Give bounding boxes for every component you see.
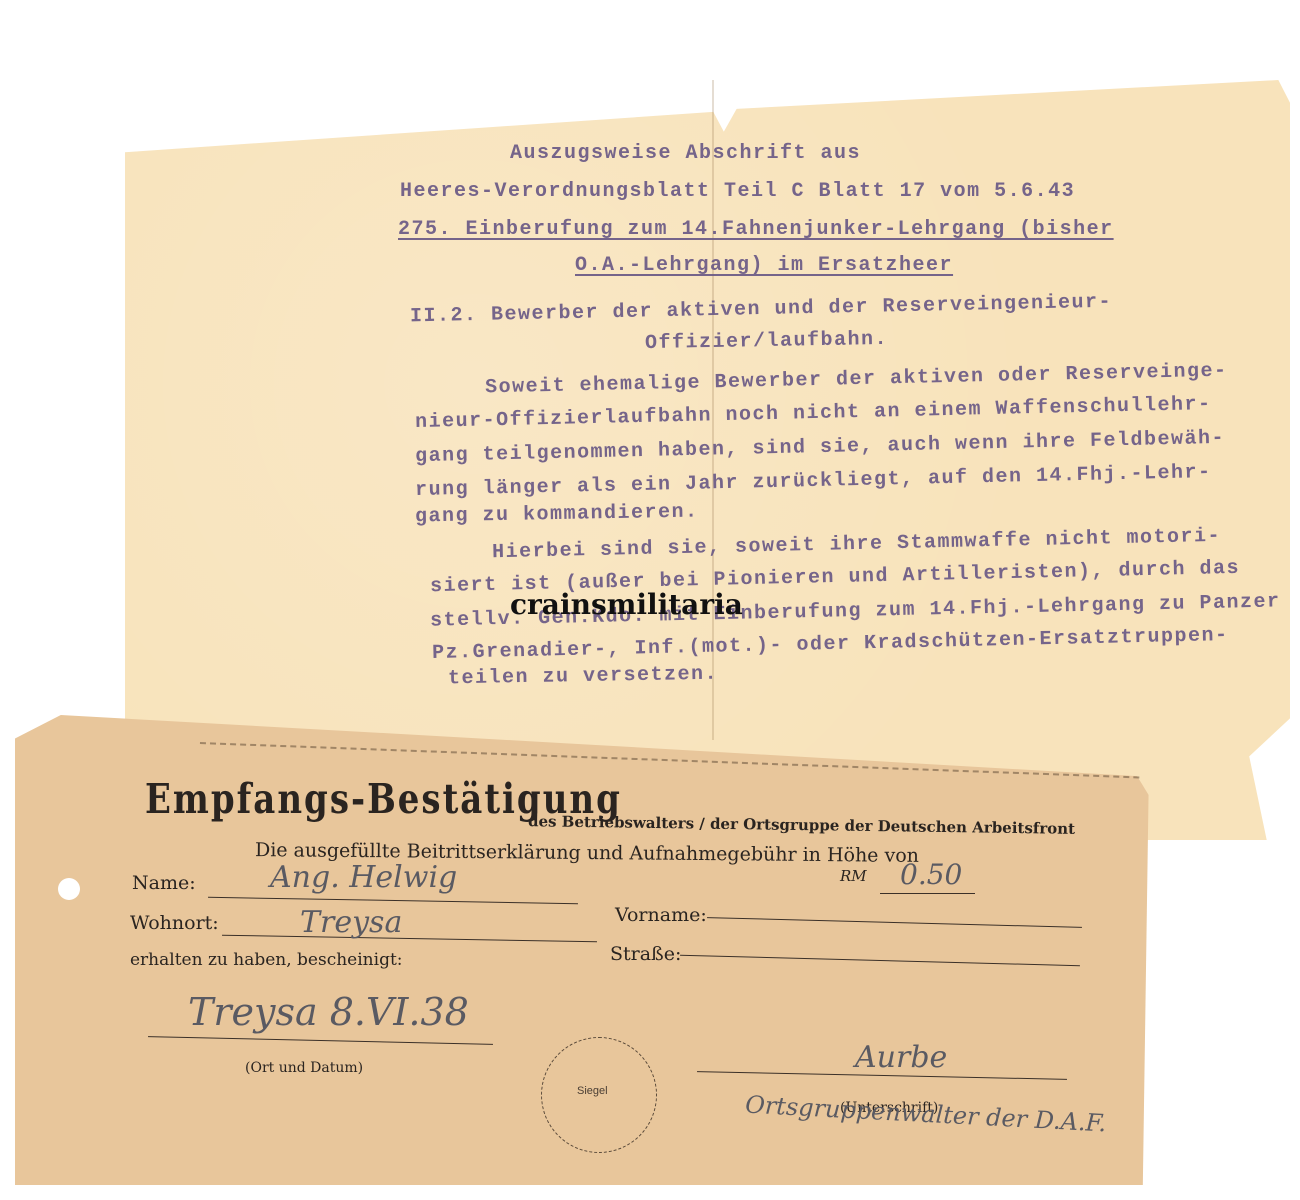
doc-heading-line-1: Auszugsweise Abschrift aus	[510, 142, 861, 165]
name-value[interactable]: Ang. Helwig	[270, 860, 457, 895]
amount-line	[880, 893, 975, 894]
strasse-label: Straße:	[610, 943, 681, 965]
punch-hole	[58, 878, 80, 900]
body-line: teilen zu versetzen.	[448, 663, 718, 691]
vorname-label: Vorname:	[615, 904, 707, 926]
seal-label: Siegel	[577, 1085, 608, 1097]
section-heading-line-2: Offizier/laufbahn.	[645, 328, 888, 355]
doc-heading-line-3: 275. Einberufung zum 14.Fahnenjunker-Leh…	[398, 218, 1114, 241]
currency-label: RM	[840, 867, 867, 885]
watermark: crainsmilitaria	[510, 588, 743, 621]
wohnort-label: Wohnort:	[130, 912, 219, 934]
wohnort-value[interactable]: Treysa	[300, 905, 402, 940]
body-line: gang zu kommandieren.	[415, 501, 699, 529]
name-label: Name:	[132, 872, 196, 894]
received-text: erhalten zu haben, bescheinigt:	[130, 950, 403, 970]
doc-heading-line-2: Heeres-Verordnungsblatt Teil C Blatt 17 …	[400, 180, 1075, 203]
doc-heading-line-4: O.A.-Lehrgang) im Ersatzheer	[575, 254, 953, 277]
place-date-label: (Ort und Datum)	[245, 1060, 363, 1076]
amount-value[interactable]: 0.50	[900, 858, 962, 891]
signature-value[interactable]: Aurbe	[855, 1040, 947, 1075]
place-date-value[interactable]: Treysa 8.VI.38	[188, 990, 469, 1034]
